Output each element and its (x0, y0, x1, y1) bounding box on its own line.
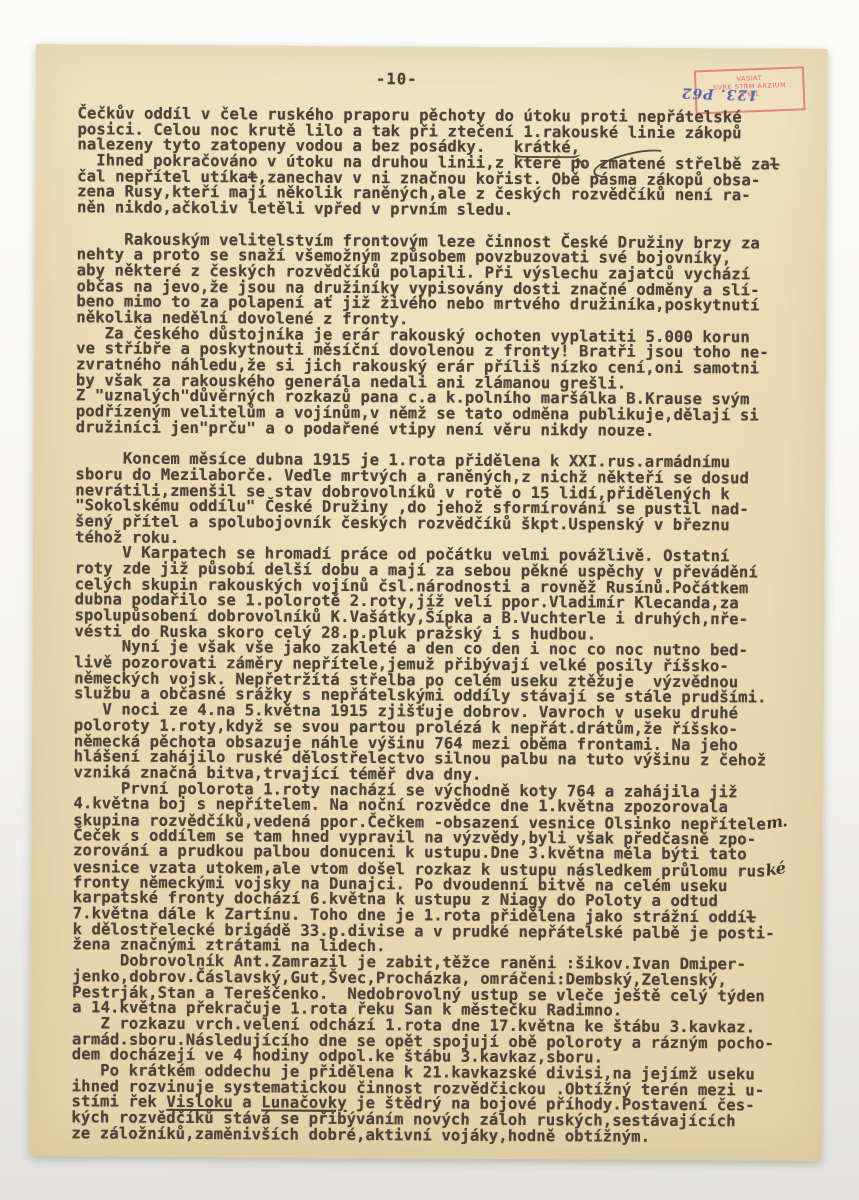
annotated-text: l (770, 156, 780, 174)
document-page: -10- VASIATSVRE STŘM ARZIUMA MIL 123. P6… (29, 44, 828, 1161)
scan-background: -10- VASIATSVRE STŘM ARZIUMA MIL 123. P6… (0, 0, 859, 1200)
annotated-text: zmatené (599, 157, 666, 173)
stamp-handwritten-number: 123. P62 (681, 84, 758, 102)
handwritten-correction: m. (765, 813, 788, 832)
body-text: Čečkův oddíl v čele ruského praporu pěch… (71, 106, 807, 1146)
handwritten-correction: ké (764, 860, 785, 878)
annotated-text: krátké, (514, 140, 581, 158)
page-number: -10- (297, 70, 497, 89)
